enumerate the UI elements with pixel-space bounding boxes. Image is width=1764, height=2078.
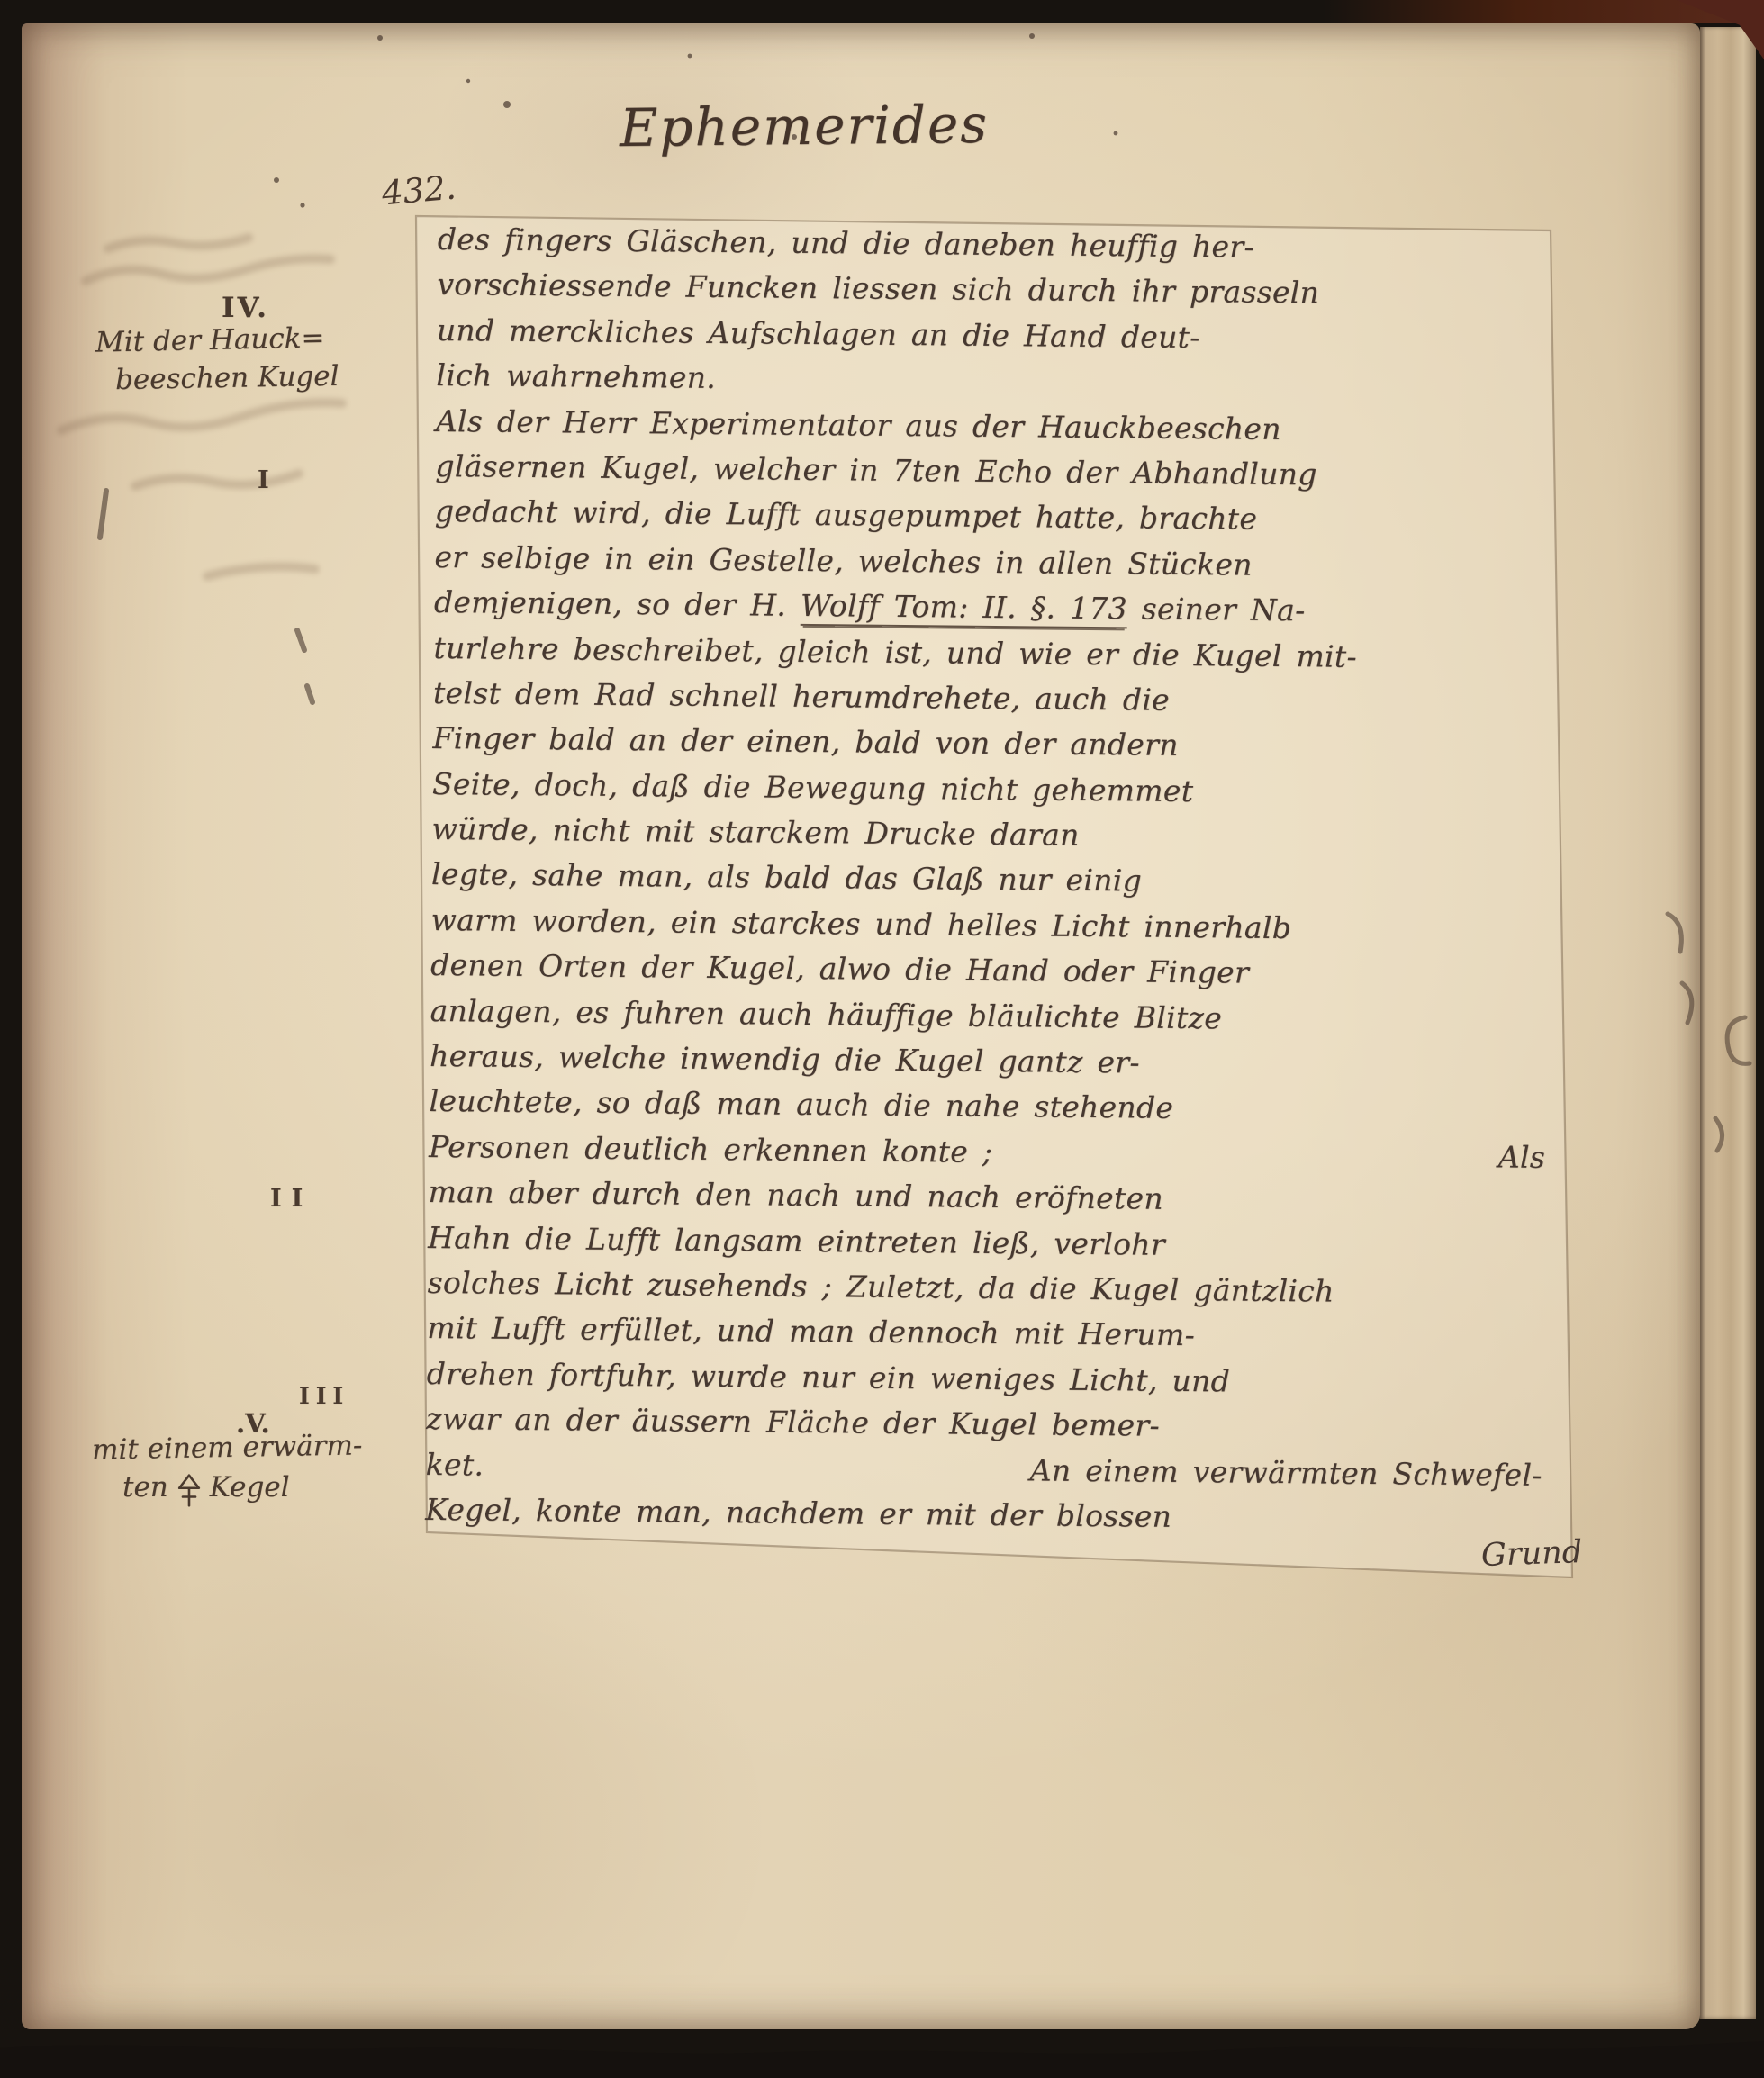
margin-mark-iii: III [299, 1383, 349, 1409]
margin-section-number: IV. [222, 292, 269, 324]
margin-note-sulfur-line2: ten Kegel [122, 1471, 290, 1509]
margin-note-sulfur-post: Kegel [210, 1471, 290, 1504]
margin-mark-ii: II [270, 1185, 312, 1213]
margin-note-sulfur-line1: mit einem erwärm- [92, 1429, 363, 1466]
underlined-citation: Wolff Tom: II. §. 173 [801, 588, 1127, 628]
margin-mark-i: I [258, 466, 269, 494]
alchemical-sulfur-icon [177, 1473, 201, 1509]
margin-note-hauksbee-line2: beeschen Kugel [115, 360, 339, 396]
page-edge-strip [1700, 27, 1756, 2019]
margin-note-hauksbee-line1: Mit der Hauck= [95, 321, 325, 358]
body-text: des fingers Gläschen, und die daneben he… [425, 221, 1554, 1548]
page-number: 432. [380, 167, 457, 212]
page-title: Ephemerides [620, 94, 990, 158]
catchword: Grund [1480, 1534, 1583, 1574]
scan-bottom-edge [0, 2003, 1764, 2078]
margin-note-sulfur-pre: ten [122, 1471, 168, 1504]
